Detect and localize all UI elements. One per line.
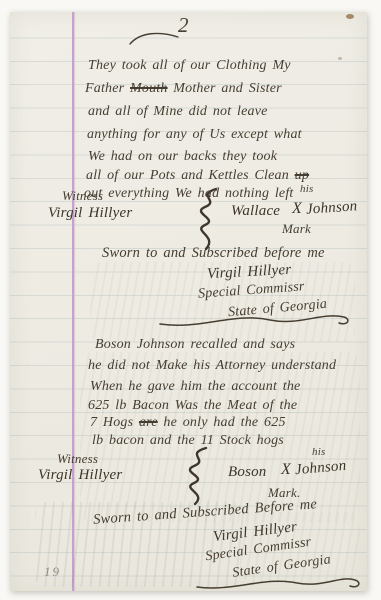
testimony-line: When he gave him the account the (90, 379, 300, 394)
signature-brace-icon (180, 445, 212, 507)
testimony-text: Father (85, 81, 124, 96)
testimony-line: They took all of our Clothing My (88, 58, 291, 73)
his-mark-label: his (312, 446, 325, 458)
testimony-text: Mother and Sister (173, 81, 282, 96)
page-number: 2 (178, 14, 189, 37)
testimony-line: 625 lb Bacon Was the Meat of the (88, 398, 297, 413)
document-page: 2 They took all of our Clothing My Fathe… (10, 12, 367, 591)
paper-fleck (346, 14, 354, 19)
testimony-line: he did not Make his Attorney understand (88, 358, 336, 373)
signature-brace-icon (192, 186, 222, 252)
struck-word: Mouth (130, 81, 168, 96)
witness-signature: Virgil Hillyer (48, 205, 132, 222)
signer-mark-x: X (281, 461, 291, 479)
paper-fleck (338, 57, 342, 60)
testimony-line: We had on our backs they took (88, 149, 277, 164)
signature-flourish (195, 572, 365, 591)
testimony-text: 7 Hogs (90, 415, 133, 430)
struck-word: are (139, 415, 158, 430)
signature-flourish (158, 310, 354, 330)
witness-label: Witness (62, 189, 103, 203)
document-photo: { "page_number": "2", "pencil_page_note"… (0, 0, 381, 600)
testimony-text: all of our Pots and Kettles Clean (86, 168, 289, 183)
testimony-line: anything for any of Us except what (87, 127, 302, 142)
witness-signature: Virgil Hillyer (38, 467, 122, 484)
testimony-line: and all of Mine did not leave (88, 104, 268, 119)
struck-word: up (295, 168, 309, 183)
witness-label: Witness (57, 452, 98, 466)
testimony-text: he only had the 625 (163, 415, 285, 430)
mark-label: Mark (282, 222, 311, 236)
testimony-line: out everything We had nothing left (84, 186, 294, 201)
signer-name: Boson (228, 464, 267, 481)
testimony-line: Father Mouth Mother and Sister (85, 81, 282, 96)
pencil-page-note: 19 (44, 565, 61, 579)
signer-name: Wallace (231, 203, 280, 220)
page-number-flourish (128, 28, 180, 48)
testimony-line: Boson Johnson recalled and says (95, 337, 295, 352)
sworn-statement: Sworn to and Subscribed before me (102, 246, 325, 262)
his-mark-label: his (300, 183, 313, 195)
testimony-line: 7 Hogs are he only had the 625 (90, 415, 286, 430)
testimony-line: all of our Pots and Kettles Clean up (86, 168, 309, 183)
signer-mark-x: X (292, 200, 302, 218)
